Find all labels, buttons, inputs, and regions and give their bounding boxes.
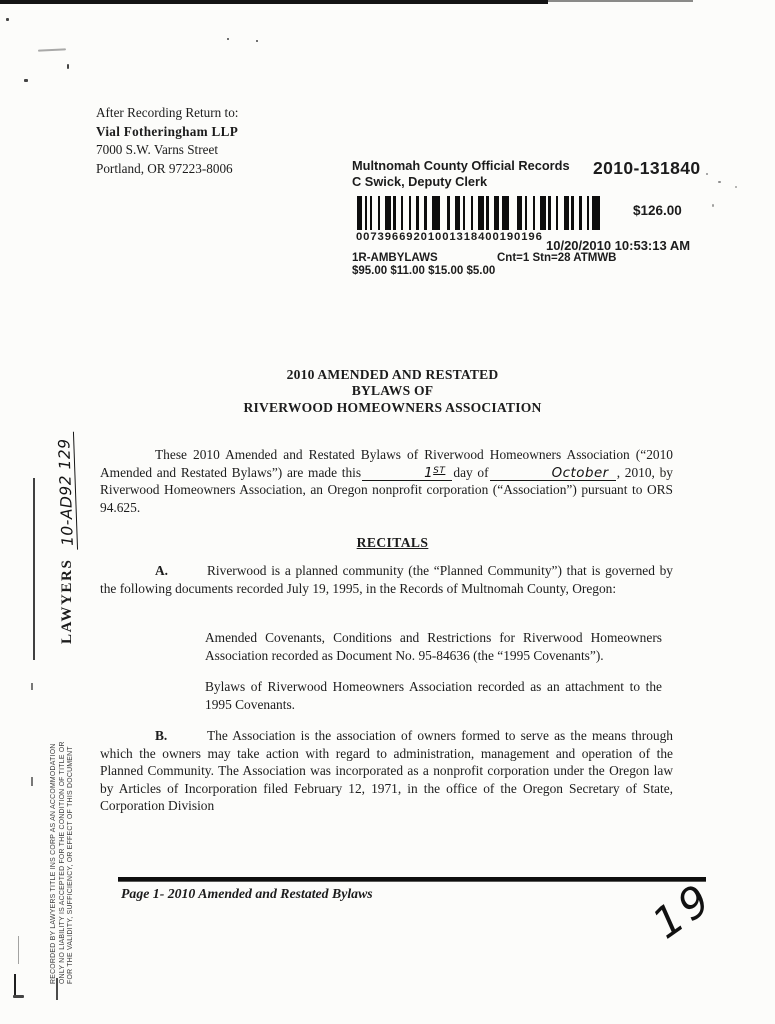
scan-artifact: [706, 173, 708, 175]
indented-paragraph-bylaws: Bylaws of Riverwood Homeowners Associati…: [205, 678, 662, 713]
scan-artifact: [227, 38, 229, 40]
scan-artifact-top-strip-light: [548, 0, 693, 2]
scan-artifact: [24, 79, 28, 82]
handwritten-day-suffix: ST: [433, 466, 445, 476]
return-address-block: After Recording Return to: Vial Fotherin…: [96, 104, 238, 178]
title-line-3: RIVERWOOD HOMEOWNERS ASSOCIATION: [130, 400, 655, 416]
disclaimer-line-2: ONLY NO LIABILITY IS ACCEPTED FOR THE CO…: [59, 692, 68, 984]
recital-paragraph-a: A.Riverwood is a planned community (the …: [100, 562, 673, 597]
return-address-firm: Vial Fotheringham LLP: [96, 123, 238, 142]
scan-artifact-margin-line: [33, 478, 35, 660]
scan-artifact-top-strip: [0, 0, 548, 4]
recording-disclaimer: RECORDED BY LAWYERS TITLE INS CORP AS AN…: [50, 692, 76, 984]
margin-stamp-block: LAWYERS 10-AD92 129: [57, 432, 76, 644]
scan-artifact: [38, 48, 66, 51]
handwritten-day-number: 1: [424, 466, 433, 481]
doc-type-code: 1R-AMBYLAWS: [352, 252, 438, 264]
paragraph-b-label: B.: [155, 727, 207, 745]
recorder-office-name: Multnomah County Official Records: [352, 158, 570, 174]
footer-rule: [118, 877, 706, 881]
handwritten-month: October: [552, 466, 609, 481]
handwritten-day-slot: 1ST: [362, 465, 452, 481]
fee-breakdown: $95.00 $11.00 $15.00 $5.00: [352, 265, 495, 277]
scan-artifact: [256, 40, 258, 42]
barcode: [357, 196, 600, 230]
scan-artifact: [67, 64, 69, 69]
return-address-city: Portland, OR 97223-8006: [96, 160, 238, 179]
scan-artifact: [18, 936, 19, 964]
return-address-label: After Recording Return to:: [96, 104, 238, 123]
barcode-number: 00739669201001318400190196: [356, 231, 543, 243]
disclaimer-line-1: RECORDED BY LAWYERS TITLE INS CORP AS AN…: [50, 692, 59, 984]
scan-artifact: [6, 18, 9, 21]
scan-artifact: [712, 204, 714, 207]
handwritten-file-reference: 10-AD92 129: [55, 432, 78, 550]
recital-paragraph-b: B.The Association is the association of …: [100, 727, 673, 815]
return-address-street: 7000 S.W. Varns Street: [96, 141, 238, 160]
title-line-1: 2010 AMENDED AND RESTATED: [130, 367, 655, 383]
intro-paragraph: These 2010 Amended and Restated Bylaws o…: [100, 446, 673, 516]
handwritten-page-number: 19: [644, 873, 722, 948]
recorder-office-block: Multnomah County Official Records C Swic…: [352, 158, 570, 190]
intro-text-between: day of: [453, 465, 488, 480]
recorded-datetime: 10/20/2010 10:53:13 AM: [546, 238, 690, 253]
disclaimer-line-3: FOR THE VALIDITY, SUFFICIENCY, OR EFFECT…: [67, 692, 76, 984]
scan-artifact: [31, 683, 33, 690]
document-page: After Recording Return to: Vial Fotherin…: [0, 0, 775, 1024]
document-title: 2010 AMENDED AND RESTATED BYLAWS OF RIVE…: [130, 367, 655, 416]
page-footer: Page 1- 2010 Amended and Restated Bylaws: [121, 886, 373, 902]
scan-artifact: [13, 995, 24, 998]
recording-fee-total: $126.00: [633, 203, 682, 218]
title-line-2: BYLAWS OF: [130, 383, 655, 399]
recorder-clerk: C Swick, Deputy Clerk: [352, 174, 570, 190]
scan-artifact: [735, 186, 737, 188]
indented-paragraph-covenants: Amended Covenants, Conditions and Restri…: [205, 629, 662, 664]
recitals-heading: RECITALS: [130, 535, 655, 551]
instrument-number: 2010-131840: [593, 158, 701, 179]
paragraph-a-label: A.: [155, 562, 207, 580]
scan-artifact: [718, 181, 721, 183]
counter-info: Cnt=1 Stn=28 ATMWB: [497, 252, 616, 264]
lawyers-stamp: LAWYERS: [59, 559, 75, 644]
scan-artifact: [31, 777, 33, 786]
handwritten-month-slot: October: [490, 466, 616, 481]
